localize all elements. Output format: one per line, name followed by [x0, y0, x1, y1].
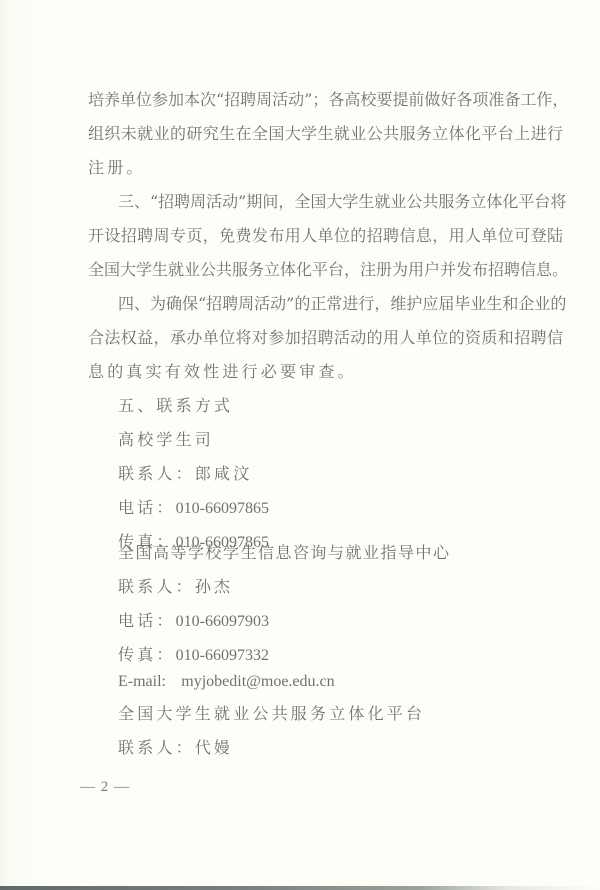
page-number: — 2 — [80, 779, 130, 796]
paragraph-line: 组织未就业的研究生在全国大学生就业公共服务立体化平台上进行 [88, 123, 563, 145]
contact-org: 全国大学生就业公共服务立体化平台 [118, 703, 425, 725]
contact-person: 联系人：代嫚 [118, 737, 233, 759]
document-page: 培养单位参加本次“招聘周活动”；各高校要提前做好各项准备工作， 组织未就业的研究… [0, 0, 600, 890]
section-3-line: 三、“招聘周活动”期间，全国大学生就业公共服务立体化平台将 [118, 191, 563, 213]
section-5-heading: 五、联系方式 [118, 395, 233, 417]
contact-fax-number: 010-66097332 [176, 647, 269, 664]
contact-person-label: 联系人： [118, 464, 195, 483]
contact-fax: 传真：010-66097332 [118, 644, 269, 667]
contact-phone-label: 电话： [118, 611, 176, 630]
contact-person: 联系人：孙杰 [118, 576, 233, 598]
contact-person-name: 孙杰 [195, 577, 233, 596]
contact-phone-number: 010-66097903 [176, 613, 269, 630]
paragraph-line: 培养单位参加本次“招聘周活动”；各高校要提前做好各项准备工作， [88, 89, 563, 111]
contact-org: 全国高等学校学生信息咨询与就业指导中心 [118, 542, 451, 564]
contact-person-name: 代嫚 [195, 738, 233, 757]
contact-phone-number: 010-66097865 [176, 500, 269, 517]
section-4-line: 四、为确保“招聘周活动”的正常进行，维护应届毕业生和企业的 [118, 293, 563, 315]
contact-person-label: 联系人： [118, 577, 195, 596]
contact-fax-label: 传真： [118, 645, 176, 664]
paragraph-line: 注册。 [88, 157, 146, 179]
contact-phone: 电话：010-66097903 [118, 610, 269, 633]
section-3-line: 全国大学生就业公共服务立体化平台，注册为用户并发布招聘信息。 [88, 259, 563, 281]
section-4-line: 息的真实有效性进行必要审查。 [88, 361, 357, 383]
section-3-line: 开设招聘周专页，免费发布用人单位的招聘信息，用人单位可登陆 [88, 225, 563, 247]
contact-email-address: myjobedit@moe.edu.cn [181, 673, 334, 690]
scan-edge-strip [0, 886, 600, 890]
contact-phone: 电话：010-66097865 [118, 497, 269, 520]
contact-phone-label: 电话： [118, 498, 176, 517]
contact-email-label: E-mail: [118, 673, 166, 690]
contact-person-label: 联系人： [118, 738, 195, 757]
section-4-line: 合法权益，承办单位将对参加招聘活动的用人单位的资质和招聘信 [88, 327, 563, 349]
contact-person: 联系人：郎咸汶 [118, 463, 252, 485]
contact-person-name: 郎咸汶 [195, 464, 253, 483]
contact-org: 高校学生司 [118, 429, 214, 451]
contact-email: E-mail: myjobedit@moe.edu.cn [118, 670, 335, 693]
